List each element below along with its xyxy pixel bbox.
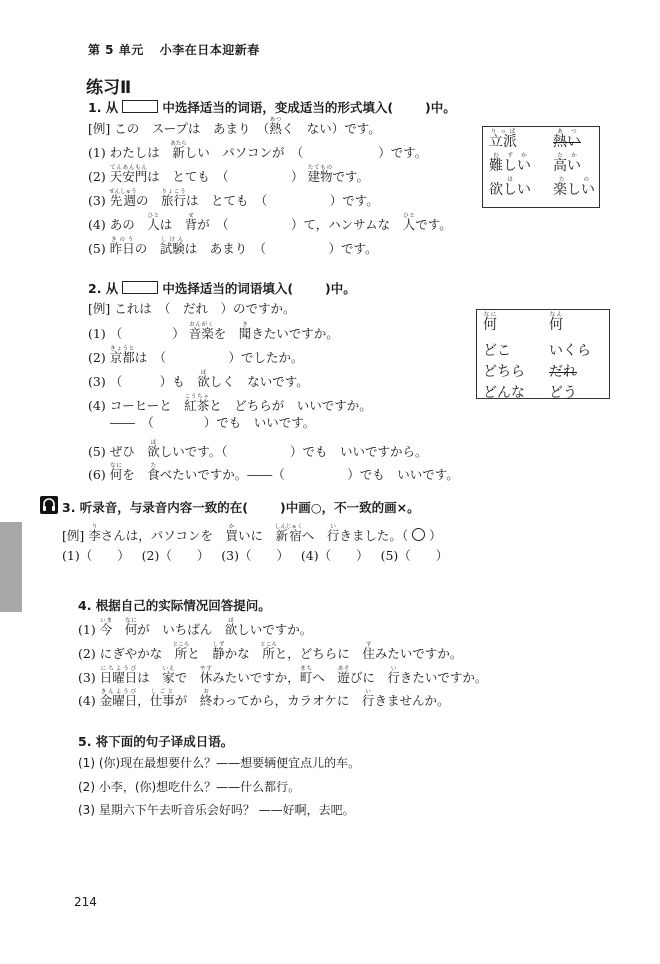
q1-title-end: )中。 [425, 100, 456, 115]
q3-answer-3[interactable]: (3)（ ） [221, 548, 289, 563]
q2-item-4-reply: ―― （ ）でも いいです。 [110, 416, 315, 430]
q3-answer-2[interactable]: (2)（ ） [142, 548, 210, 563]
example-label: [例] [88, 121, 110, 136]
q1-title-post: 中选择适当的词语，变成适当的形式填入( [162, 100, 393, 115]
q3-title: 3. 听录音，与录音内容一致的在()中画○，不一致的画×。 [62, 498, 420, 516]
example-text: ）です。 [332, 121, 381, 136]
q1-item-5: (5) 昨日きのうの 試験しけんは あまり （ ）です。 [88, 237, 378, 256]
q5-item-3: (3) 星期六下午去听音乐会好吗？ ——好啊，去吧。 [78, 803, 355, 817]
q5-item-1: (1) (你)现在最想要什么？——想要辆便宜点儿的车。 [78, 756, 360, 770]
q4-item-4: (4) 金曜日きんようび，仕事しごとが 終おわってから，カラオケに 行いきません… [78, 689, 449, 708]
q2-word-box: 何なに 何なん どこ いくら どちら だれ どんな どう [476, 309, 610, 399]
q4-item-1: (1) 今いま 何なにが いちばん 欲ほしいですか。 [78, 618, 312, 637]
q2-item-3: (3) （ ）も 欲ほしく ないです。 [88, 370, 309, 389]
q4-title: 4. 根据自己的实际情况回答提问。 [78, 596, 271, 614]
example-text: この スープは あまり （ [114, 121, 269, 136]
answer-blank[interactable] [228, 170, 291, 184]
headphone-icon[interactable] [40, 496, 58, 514]
q3-answer-1[interactable]: (1)（ ） [62, 548, 130, 563]
q5-title: 5. 将下面的句子译成日语。 [78, 732, 233, 750]
q2-title: 2. 从中选择适当的词语填入()中。 [88, 279, 356, 297]
page-number: 214 [74, 895, 97, 909]
answer-blank[interactable] [229, 218, 292, 232]
q1-title: 1. 从中选择适当的词语，变成适当的形式填入()中。 [88, 98, 456, 116]
unit-label: 第 5 单元 [88, 43, 144, 57]
inline-box-icon [122, 281, 158, 294]
q1-example: [例] この スープは あまり （熱あつく ない）です。 [88, 117, 381, 136]
answer-blank[interactable] [267, 194, 330, 208]
q2-item-2: (2) 京都きょうとは （ ）でしたか。 [88, 346, 303, 365]
q3-answers: (1)（ ） (2)（ ） (3)（ ） (4)（ ） (5)（ ） [62, 549, 448, 563]
q3-answer-4[interactable]: (4)（ ） [301, 548, 369, 563]
answer-blank[interactable] [266, 242, 329, 256]
q1-item-1: (1) わたしは 新あたらしい パソコンが （ ）です。 [88, 141, 427, 160]
q5-item-2: (2) 小李，(你)想吃什么？——什么都行。 [78, 780, 300, 794]
q2-example: [例] これは （ だれ ）のですか。 [88, 302, 295, 316]
q2-item-4: (4) コーヒーと 紅茶こうちゃと どちらが いいですか。 [88, 394, 372, 413]
example-answer: く ない [282, 121, 332, 136]
circle-mark-icon [412, 528, 425, 541]
q1-item-4: (4) あの 人ひとは 背せが （ ）て，ハンサムな 人ひとです。 [88, 213, 452, 232]
q1-item-3: (3) 先週せんしゅうの 旅行りょこうは とても （ ）です。 [88, 189, 379, 208]
section-title: 练习Ⅱ [86, 73, 131, 98]
q4-item-2: (2) にぎやかな 所ところと 静しずかな 所ところと，どちらに 住すみたいです… [78, 642, 462, 661]
q1-word-box: 立派りっぱ 熱いあつ 難しいむずか 高いたか 欲しいほ 楽しいたの [482, 126, 600, 208]
unit-title: 小李在日本迎新春 [160, 43, 260, 57]
chapter-side-tab [0, 522, 22, 612]
answer-blank[interactable] [303, 146, 378, 160]
q2-item-1: (1) （ ） 音楽おんがくを 聞ききたいですか。 [88, 322, 339, 341]
q1-title-pre: 1. 从 [88, 100, 118, 115]
q3-example: [例] 李りさんは，パソコンを 買かいに 新宿しんじゅくへ 行いきました。（ ） [62, 524, 442, 543]
q4-item-3: (3) 日曜日にちようびは 家いえで 休やすみたいですか，町まちへ 遊あそびに … [78, 666, 487, 685]
q2-item-5: (5) ぜひ 欲ほしいです。（ ）でも いいですから。 [88, 440, 428, 459]
q2-item-6: (6) 何なにを 食たべたいですか。――（ ）でも いいです。 [88, 463, 459, 482]
q1-item-2: (2) 天安門てんあんもんは とても （ ） 建物たてものです。 [88, 165, 369, 184]
ruby-word: 熱あつ [269, 121, 282, 136]
chapter-header: 第 5 单元小李在日本迎新春 [88, 41, 260, 58]
inline-box-icon [122, 100, 158, 113]
q3-answer-5[interactable]: (5)（ ） [381, 548, 449, 563]
